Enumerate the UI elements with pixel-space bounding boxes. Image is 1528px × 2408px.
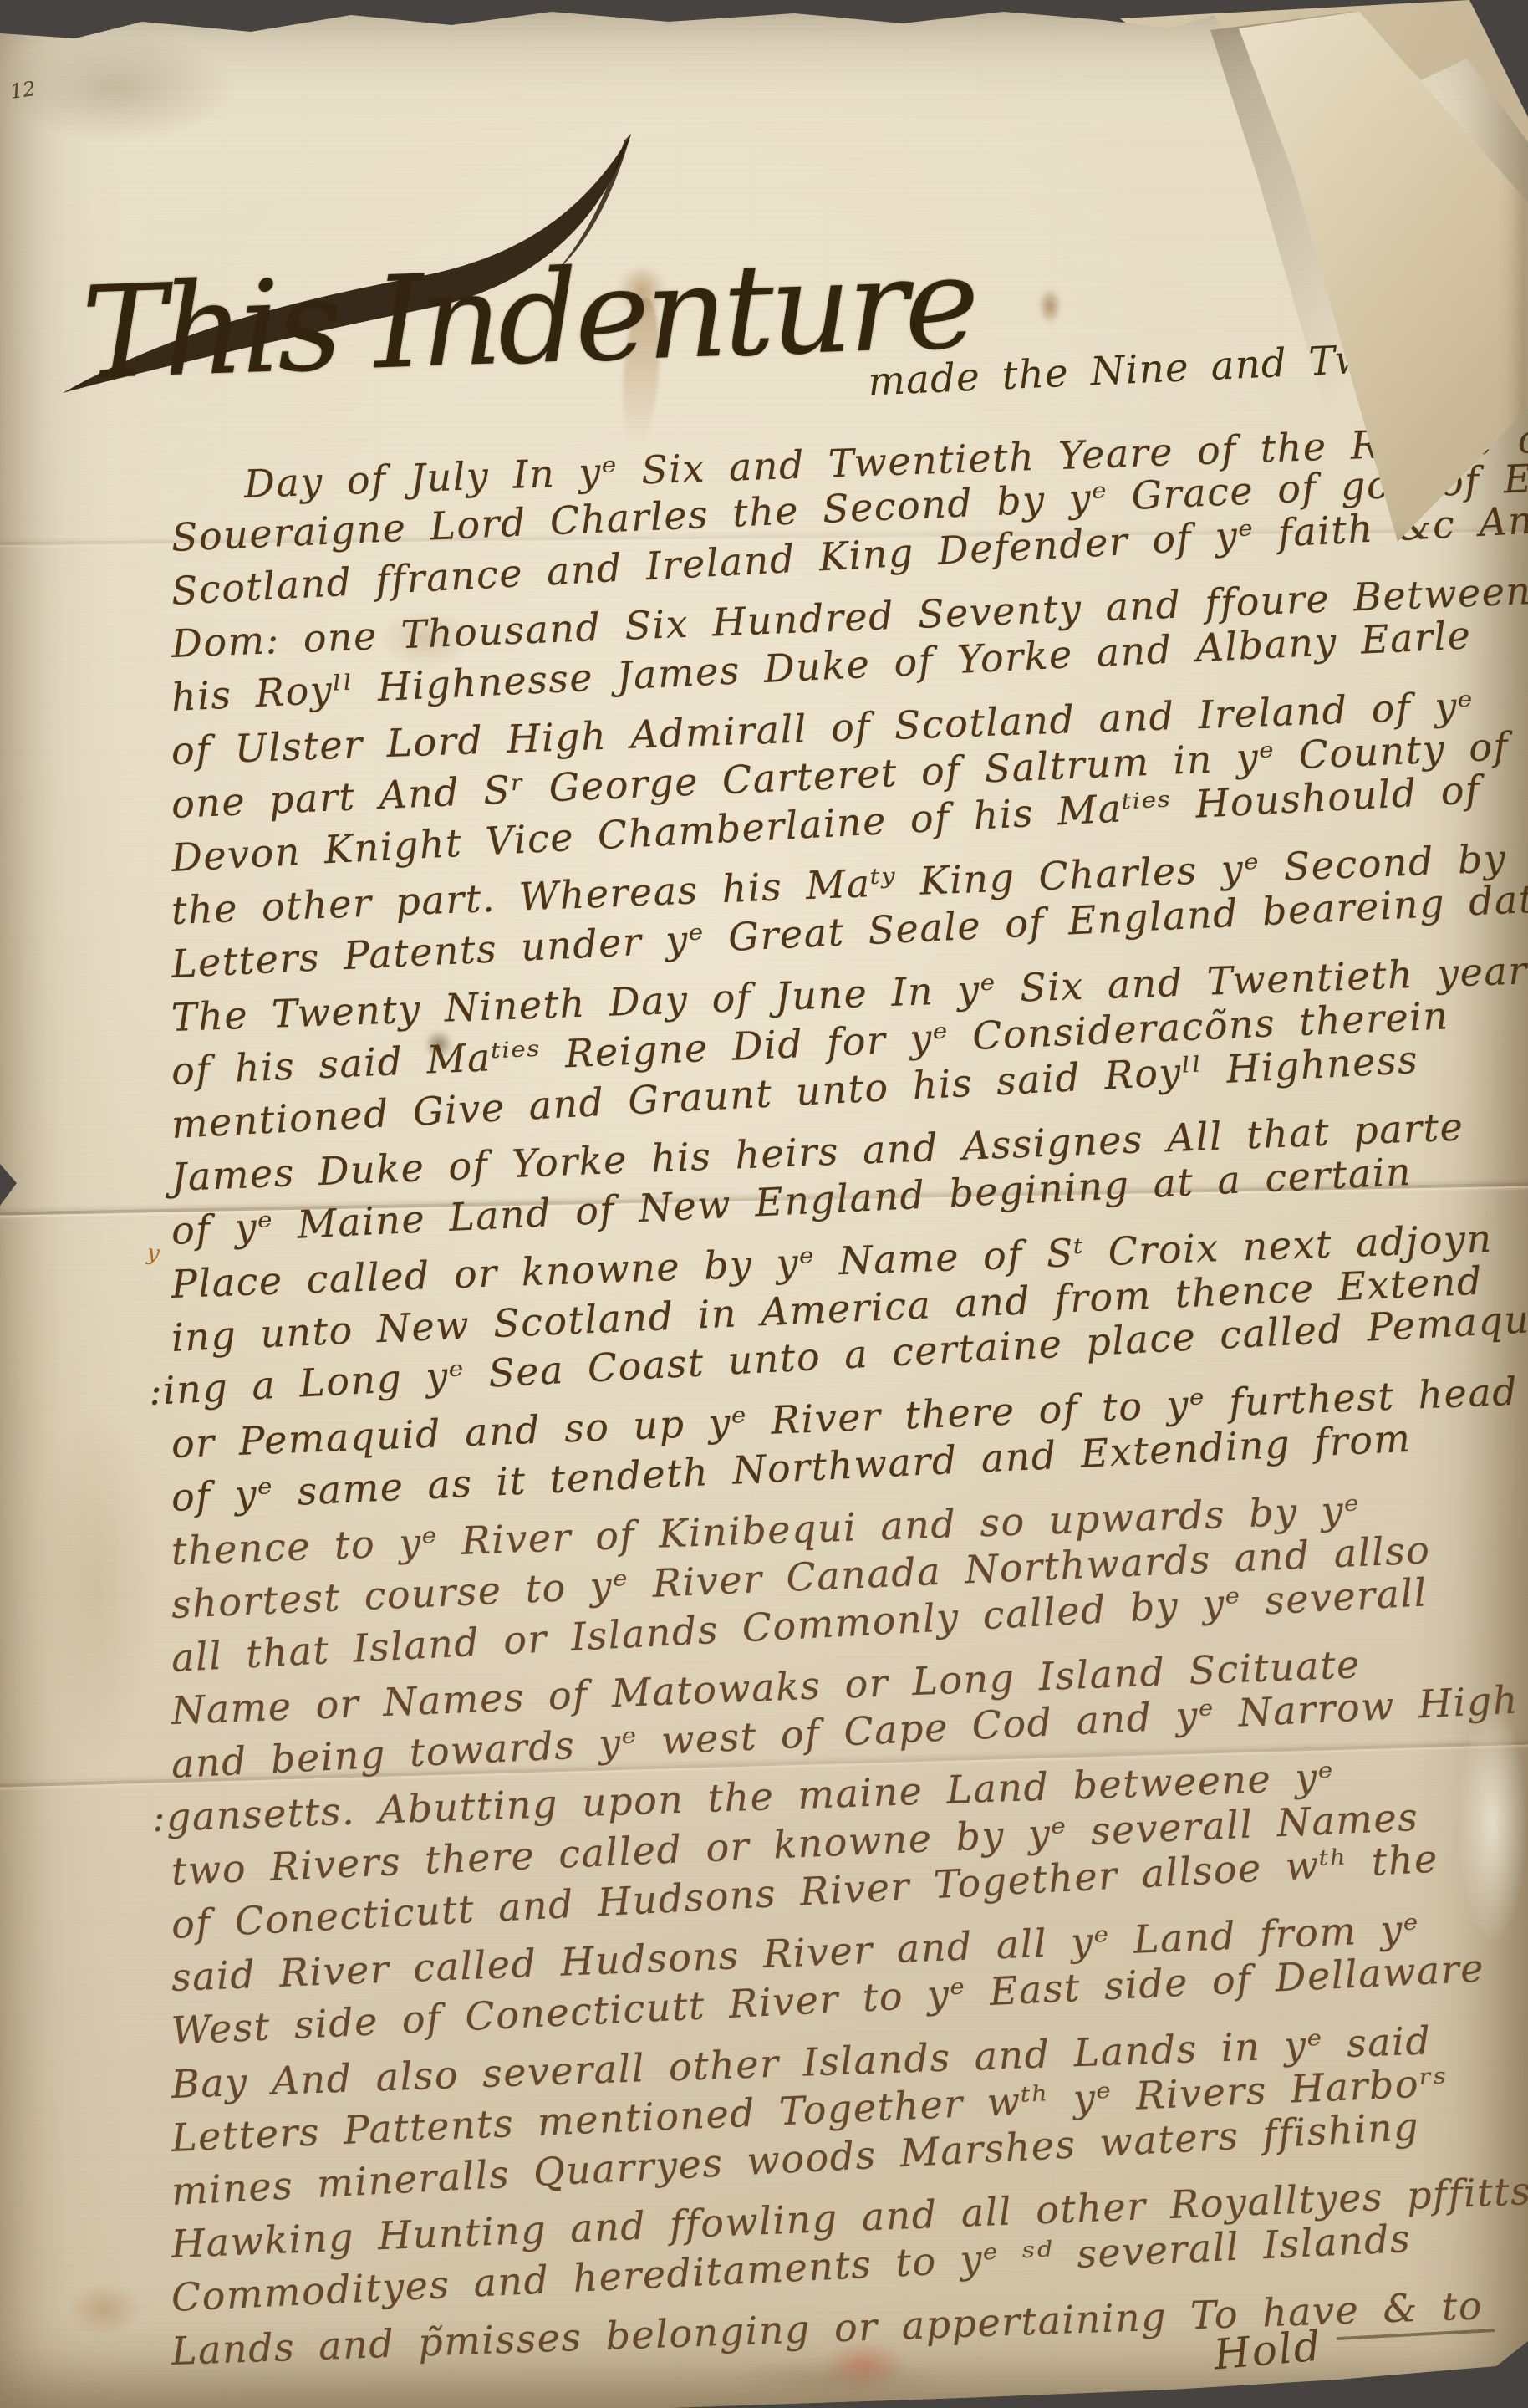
stain [727, 2358, 945, 2400]
stain [1038, 288, 1062, 324]
stain [67, 2283, 142, 2336]
catchword-scribble [1337, 2329, 1498, 2386]
stain [1459, 1706, 1525, 1940]
heading-large-script: This Indenture [79, 228, 977, 407]
margin-y-mark: y [145, 1240, 160, 1266]
stain [33, 1405, 159, 1764]
manuscript-photo: This Indenture made the Nine and Twentie… [0, 0, 1528, 2408]
catchword: Hold [1212, 2321, 1324, 2379]
marginal-folio-mark: 12 [8, 77, 37, 104]
manuscript-paper: This Indenture made the Nine and Twentie… [0, 0, 1528, 2408]
